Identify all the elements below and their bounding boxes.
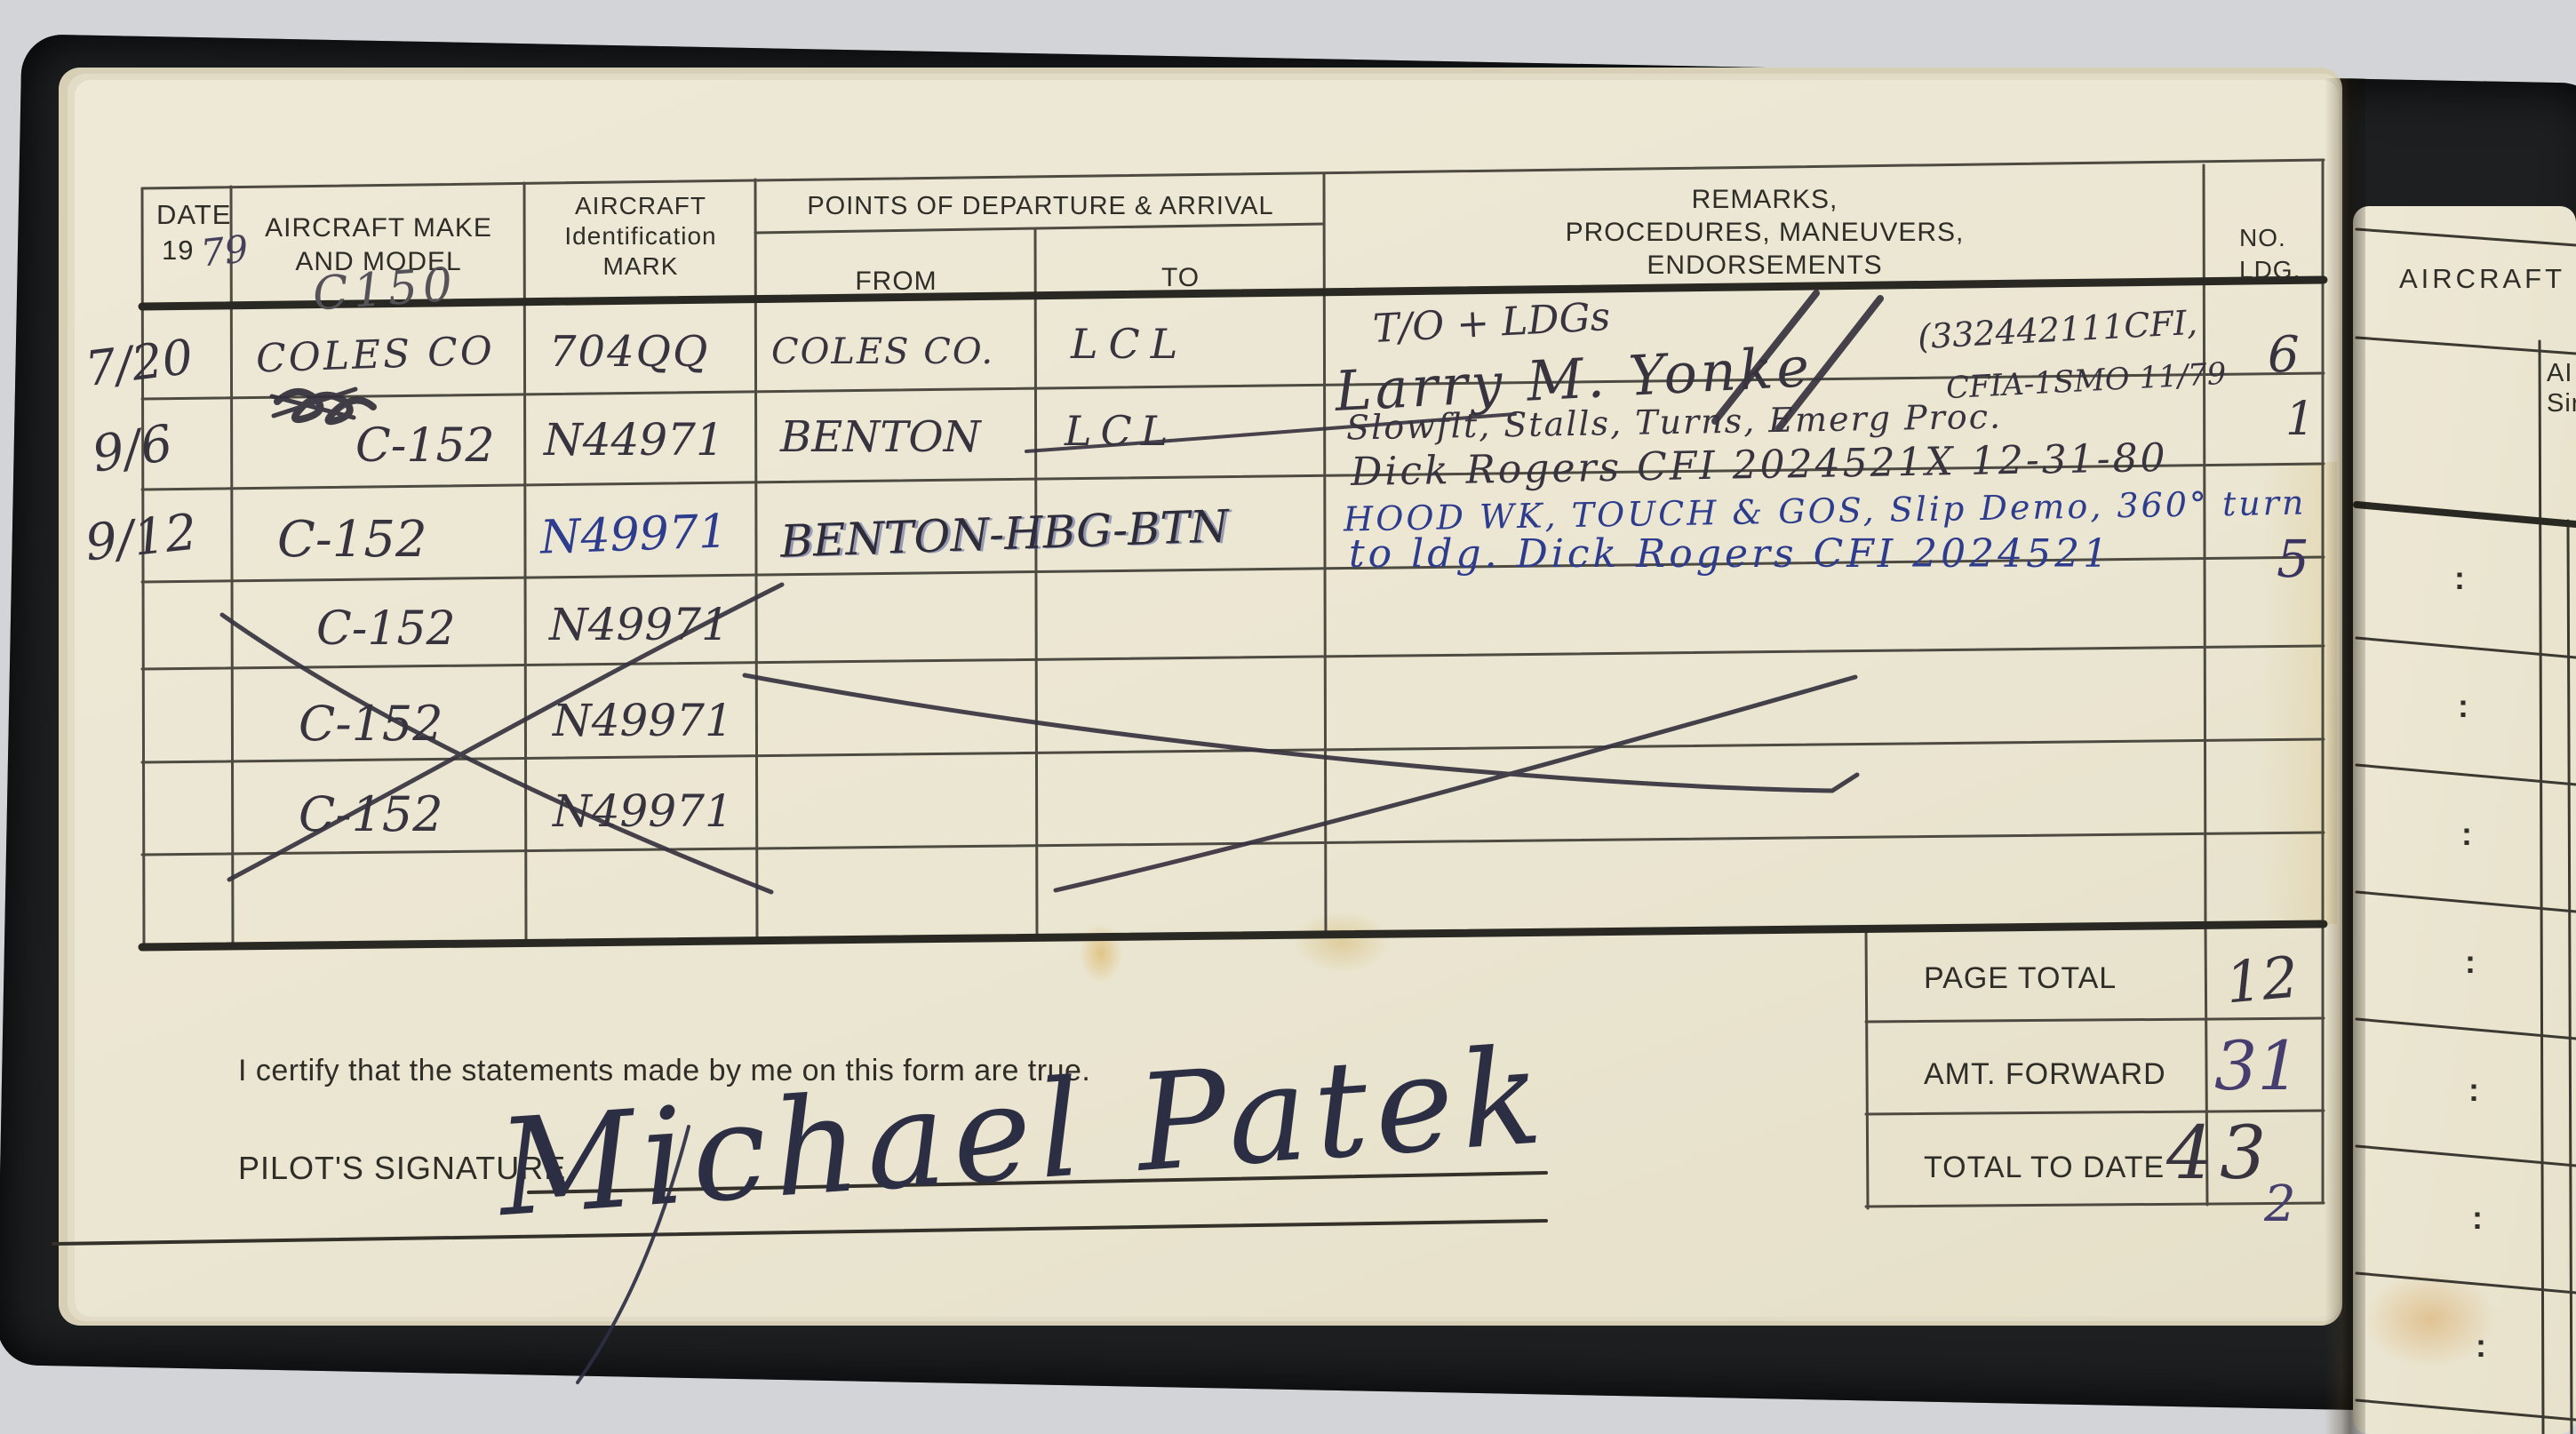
total-to-date-value: 43: [2166, 1118, 2273, 1191]
from-column-label: FROM: [757, 267, 1035, 297]
time-colon: :: [2465, 944, 2476, 981]
ident-column-label-line2: Identification: [526, 222, 755, 251]
row1-make-above: C150: [311, 261, 459, 317]
right-subcolumn-line2: Sir: [2547, 389, 2576, 418]
row2-from: BENTON: [780, 416, 981, 458]
time-colon: :: [2454, 560, 2466, 597]
row5-make: C-152: [299, 700, 443, 748]
row3-landings: 5: [2277, 533, 2309, 585]
ldg-column-label-line1: NO.: [2239, 224, 2286, 252]
right-subcolumn-line1: AI: [2547, 359, 2572, 388]
amt-forward-label: AMT. FORWARD: [1924, 1057, 2166, 1092]
row2-date: 9/6: [89, 418, 176, 480]
ident-column-label-line3: MARK: [526, 252, 755, 281]
ident-column-label-line1: AIRCRAFT: [526, 192, 755, 220]
row1-date: 7/20: [83, 333, 195, 394]
row3-make: C-152: [277, 515, 427, 565]
points-header-label: POINTS OF DEPARTURE & ARRIVAL: [757, 192, 1324, 221]
row2-landings: 1: [2285, 396, 2315, 442]
row2-make: C-152: [355, 423, 495, 469]
row2-to: LCL: [1065, 410, 1176, 451]
row1-landings: 6: [2268, 331, 2300, 380]
row4-make: C-152: [316, 606, 456, 652]
row4-ident: N49971: [549, 602, 730, 647]
row1-to: LCL: [1071, 323, 1188, 364]
row1-from: COLES CO.: [771, 334, 994, 370]
total-to-date-stray-digit: 2: [2264, 1180, 2296, 1230]
to-column-label: TO: [1037, 263, 1324, 293]
time-colon: :: [2472, 1199, 2484, 1237]
date-column-label: DATE: [156, 199, 231, 231]
row1-ident: 704QQ: [549, 331, 709, 373]
total-to-date-label: TOTAL TO DATE: [1924, 1151, 2165, 1185]
remarks-label-line2: PROCEDURES, MANEUVERS,: [1326, 218, 2204, 248]
time-colon: :: [2458, 688, 2469, 725]
row3-ident: N49971: [539, 508, 729, 561]
row3-remarks-line2: to ldg. Dick Rogers CFI 2024521: [1349, 535, 2111, 574]
row6-make: C-152: [299, 791, 443, 839]
make-column-label-line1: AIRCRAFT MAKE: [233, 213, 524, 243]
remarks-label-line3: ENDORSEMENTS: [1326, 251, 2204, 281]
row3-date: 9/12: [83, 508, 199, 570]
remarks-label-line1: REMARKS,: [1326, 185, 2204, 215]
page-total-label: PAGE TOTAL: [1924, 961, 2117, 996]
time-colon: :: [2476, 1327, 2487, 1365]
page-total-value: 12: [2223, 950, 2301, 1013]
date-year-prefix: 19: [162, 235, 194, 267]
row6-ident: N49971: [553, 789, 733, 833]
book-spine-fold: [2325, 78, 2365, 1434]
ldg-column-label-line2: LDG.: [2239, 256, 2301, 284]
amt-forward-value: 31: [2214, 1032, 2301, 1100]
aircraft-category-header: AIRCRAFT CA: [2399, 263, 2576, 295]
logbook-photo: DATE 19 79 AIRCRAFT MAKE AND MODEL AIRCR…: [0, 0, 2576, 1434]
time-colon: :: [2461, 816, 2473, 853]
row5-ident: N49971: [553, 698, 733, 743]
time-colon: :: [2468, 1072, 2480, 1109]
row1-make: COLES CO: [255, 331, 495, 378]
row2-ident: N44971: [544, 418, 724, 462]
